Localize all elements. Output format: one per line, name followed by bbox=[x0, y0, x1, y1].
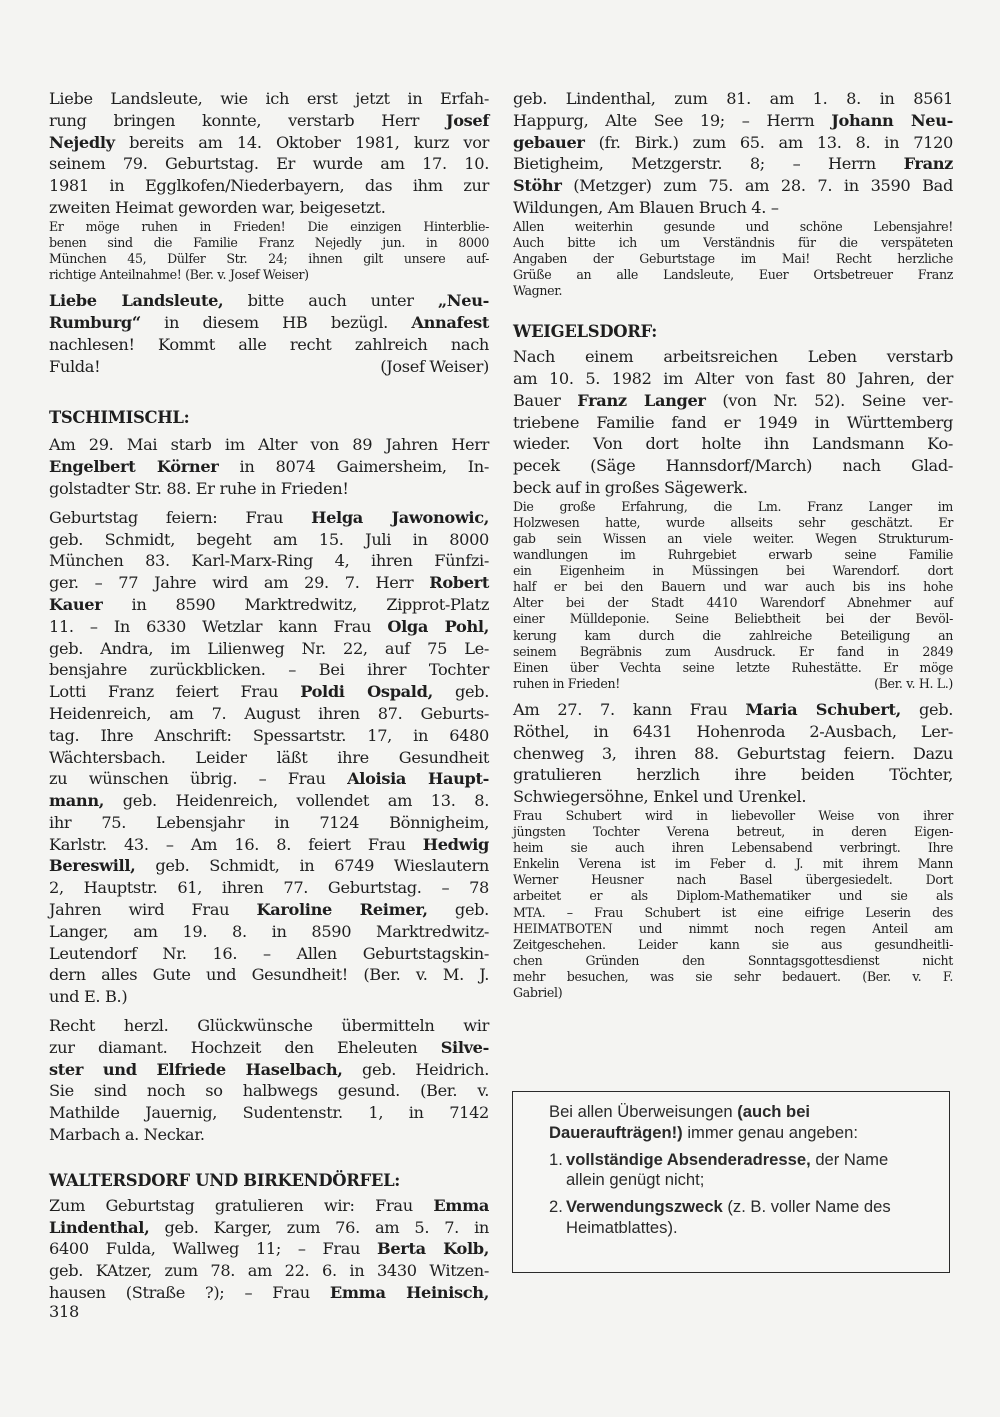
annafest-signature: (Josef Weiser) bbox=[380, 356, 489, 378]
text-line: Am 27. 7. kann Frau Maria Schubert, geb. bbox=[513, 699, 953, 721]
text-line: Werner Heusner nach Basel übergesiedelt.… bbox=[513, 872, 953, 888]
text-line: Bereswill, geb. Schmidt, in 6749 Wieslau… bbox=[49, 855, 489, 877]
text-line: pecek (Säge Hannsdorf/March) nach Glad- bbox=[513, 455, 953, 477]
notice-item-2: 2. Verwendungszweck (z. B. voller Name d… bbox=[549, 1197, 929, 1239]
text-line: Leutendorf Nr. 16. – Allen Geburtstagski… bbox=[49, 943, 489, 965]
text-line: ger. – 77 Jahre wird am 29. 7. Herr Robe… bbox=[49, 572, 489, 594]
text-line: Grüße an alle Landsleute, Euer Ortsbetre… bbox=[513, 267, 953, 283]
text-line: Zeitgeschehen. Leider kann sie aus gesun… bbox=[513, 937, 953, 953]
text-line: und E. B.) bbox=[49, 986, 489, 1008]
text-line: kerung kam durch die zahlreiche Beteilig… bbox=[513, 628, 953, 644]
text-line: Jahren wird Frau Karoline Reimer, geb. bbox=[49, 899, 489, 921]
text-line: Bietigheim, Metzgerstr. 8; – Herrn Franz bbox=[513, 153, 953, 175]
text-line: 1981 in Egglkofen/Niederbayern, das ihm … bbox=[49, 175, 489, 197]
tschimischl-death-paragraph: Am 29. Mai starb im Alter von 89 Jahren … bbox=[49, 434, 489, 499]
text-line: mehr besuchen, was sie sehr bedauert. (B… bbox=[513, 969, 953, 985]
bank-transfer-notice-box: Bei allen Überweisungen (auch bei Dauera… bbox=[512, 1091, 950, 1273]
intro-paragraph: Liebe Landsleute, wie ich erst jetzt in … bbox=[49, 88, 489, 219]
section-heading-waltersdorf: WALTERSDORF UND BIRKENDÖRFEL: bbox=[49, 1170, 489, 1192]
text-line: geb. Lindenthal, zum 81. am 1. 8. in 856… bbox=[513, 88, 953, 110]
text-line: richtige Anteilnahme! (Ber. v. Josef Wei… bbox=[49, 267, 489, 283]
text-line: wieder. Von dort holte ihn Landsmann Ko- bbox=[513, 433, 953, 455]
text-line: Engelbert Körner in 8074 Gaimersheim, In… bbox=[49, 456, 489, 478]
annafest-paragraph: Liebe Landsleute, bitte auch unter „Neu-… bbox=[49, 290, 489, 355]
text-line: zur diamant. Hochzeit den Eheleuten Silv… bbox=[49, 1037, 489, 1059]
intro-small-paragraph: Er möge ruhen in Frieden! Die einzigen H… bbox=[49, 219, 489, 283]
text-line: Enkelin Verena ist im Feber d. J. mit ih… bbox=[513, 856, 953, 872]
text-line: mann, geb. Heidenreich, vollendet am 13.… bbox=[49, 790, 489, 812]
text-line: gratulieren herzlich ihre beiden Töchter… bbox=[513, 764, 953, 786]
text-line: Recht herzl. Glückwünsche übermitteln wi… bbox=[49, 1015, 489, 1037]
text-line: Frau Schubert wird in liebevoller Weise … bbox=[513, 808, 953, 824]
text-line: Röthel, in 6431 Hohenroda 2-Ausbach, Ler… bbox=[513, 721, 953, 743]
text-line: geb. KAtzer, zum 78. am 22. 6. in 3430 W… bbox=[49, 1260, 489, 1282]
right-column: geb. Lindenthal, zum 81. am 1. 8. in 856… bbox=[513, 88, 953, 1001]
text-line: Rumburg“ in diesem HB bezügl. Annafest bbox=[49, 312, 489, 334]
text-line: wandlungen im Ruhrgebiet erwarb seine Fa… bbox=[513, 547, 953, 563]
text-line: Kauer in 8590 Marktredwitz, Zipprot-Plat… bbox=[49, 594, 489, 616]
text-line: Auch bitte ich um Verständnis für die ve… bbox=[513, 235, 953, 251]
text-line: arbeitet er als Diplom-Mathematiker und … bbox=[513, 888, 953, 904]
weigelsdorf-last-line: ruhen in Frieden! bbox=[513, 676, 620, 692]
text-line: bensjahre zurückblicken. – Bei ihrer Toc… bbox=[49, 659, 489, 681]
annafest-signoff: Fulda! (Josef Weiser) bbox=[49, 356, 489, 378]
text-line: einer Mülldeponie. Seine Beliebtheit bei… bbox=[513, 611, 953, 627]
tschimischl-birthday-paragraph: Geburtstag feiern: Frau Helga Jawonowic,… bbox=[49, 507, 489, 1008]
text-line: Angaben der Geburtstage im Mai! Recht he… bbox=[513, 251, 953, 267]
text-line: HEIMATBOTEN und nimmt noch regen Anteil … bbox=[513, 921, 953, 937]
notice-intro: Bei allen Überweisungen (auch bei Dauera… bbox=[549, 1102, 929, 1144]
text-line: Gabriel) bbox=[513, 985, 953, 1001]
text-line: rung bringen konnte, verstarb Herr Josef bbox=[49, 110, 489, 132]
text-line: geb. Schmidt, begeht am 15. Juli in 8000 bbox=[49, 529, 489, 551]
text-line: chenweg 3, ihren 88. Geburtstag feiern. … bbox=[513, 743, 953, 765]
section-heading-weigelsdorf: WEIGELSDORF: bbox=[513, 321, 953, 343]
text-line: Allen weiterhin gesunde und schöne Leben… bbox=[513, 219, 953, 235]
text-line: Holzwesen hatte, wurde allseits sehr ges… bbox=[513, 515, 953, 531]
weigelsdorf-signoff: ruhen in Frieden! (Ber. v. H. L.) bbox=[513, 676, 953, 692]
text-line: beck auf in großes Sägewerk. bbox=[513, 477, 953, 499]
text-line: Schwiegersöhne, Enkel und Urenkel. bbox=[513, 786, 953, 808]
notice-item-1: 1. vollständige Absenderadresse, der Nam… bbox=[549, 1150, 929, 1192]
text-line: benen sind die Familie Franz Nejedly jun… bbox=[49, 235, 489, 251]
text-line: jüngsten Tochter Verena betreut, in dere… bbox=[513, 824, 953, 840]
text-line: 11. – In 6330 Wetzlar kann Frau Olga Poh… bbox=[49, 616, 489, 638]
text-line: ihr 75. Lebensjahr in 7124 Bönnigheim, bbox=[49, 812, 489, 834]
left-column: Liebe Landsleute, wie ich erst jetzt in … bbox=[49, 88, 489, 1304]
text-line: Nejedly bereits am 14. Oktober 1981, kur… bbox=[49, 132, 489, 154]
text-line: gebauer (fr. Birk.) zum 65. am 13. 8. in… bbox=[513, 132, 953, 154]
text-line: triebene Familie fand er 1949 in Württem… bbox=[513, 412, 953, 434]
text-line: ster und Elfriede Haselbach, geb. Heidri… bbox=[49, 1059, 489, 1081]
text-line: Alter bei der Stadt 4410 Warendorf Abneh… bbox=[513, 595, 953, 611]
text-line: zu wünschen übrig. – Frau Aloisia Haupt- bbox=[49, 768, 489, 790]
weigelsdorf-signature: (Ber. v. H. L.) bbox=[874, 676, 953, 692]
text-line: Sie sind noch so halbwegs gesund. (Ber. … bbox=[49, 1080, 489, 1102]
text-line: am 10. 5. 1982 im Alter von fast 80 Jahr… bbox=[513, 368, 953, 390]
text-line: seinem 79. Geburtstag. Er wurde am 17. 1… bbox=[49, 153, 489, 175]
text-line: München 83. Karl-Marx-Ring 4, ihren Fünf… bbox=[49, 550, 489, 572]
text-line: Karlstr. 43. – Am 16. 8. feiert Frau Hed… bbox=[49, 834, 489, 856]
text-line: dern alles Gute und Gesundheit! (Ber. v.… bbox=[49, 964, 489, 986]
text-line: Wagner. bbox=[513, 283, 953, 299]
text-line: Langer, am 19. 8. in 8590 Marktredwitz- bbox=[49, 921, 489, 943]
text-line: München 45, Dülfer Str. 24; ihnen gilt u… bbox=[49, 251, 489, 267]
text-line: Er möge ruhen in Frieden! Die einzigen H… bbox=[49, 219, 489, 235]
tschimischl-wedding-paragraph: Recht herzl. Glückwünsche übermitteln wi… bbox=[49, 1015, 489, 1146]
text-line: Die große Erfahrung, die Lm. Franz Lange… bbox=[513, 499, 953, 515]
text-line: Wildungen, Am Blauen Bruch 4. – bbox=[513, 197, 953, 219]
text-line: Marbach a. Neckar. bbox=[49, 1124, 489, 1146]
page-number: 318 bbox=[49, 1302, 79, 1321]
text-line: Heidenreich, am 7. August ihren 87. Gebu… bbox=[49, 703, 489, 725]
text-line: Liebe Landsleute, bitte auch unter „Neu- bbox=[49, 290, 489, 312]
text-line: gab sein Wissen an viele weiter. Wegen S… bbox=[513, 531, 953, 547]
text-line: seinem Begräbnis zum Ausdruck. Er fand i… bbox=[513, 644, 953, 660]
text-line: chen Gründen den Sonntagsgottesdienst ni… bbox=[513, 953, 953, 969]
waltersdorf-paragraph: Zum Geburtstag gratulieren wir: Frau Emm… bbox=[49, 1195, 489, 1304]
waltersdorf-small-paragraph: Allen weiterhin gesunde und schöne Leben… bbox=[513, 219, 953, 299]
annafest-last-line: Fulda! bbox=[49, 356, 100, 378]
text-line: Nach einem arbeitsreichen Leben verstarb bbox=[513, 346, 953, 368]
text-line: Zum Geburtstag gratulieren wir: Frau Emm… bbox=[49, 1195, 489, 1217]
text-line: heim sie auch ihren Lebensabend verbring… bbox=[513, 840, 953, 856]
schubert-paragraph: Am 27. 7. kann Frau Maria Schubert, geb.… bbox=[513, 699, 953, 808]
text-line: Einen über Vechta seine letzte Ruhestätt… bbox=[513, 660, 953, 676]
text-line: hausen (Straße ?); – Frau Emma Heinisch, bbox=[49, 1282, 489, 1304]
text-line: Lotti Franz feiert Frau Poldi Ospald, ge… bbox=[49, 681, 489, 703]
text-line: half er bei den Bauern und war auch bis … bbox=[513, 579, 953, 595]
text-line: nachlesen! Kommt alle recht zahlreich na… bbox=[49, 334, 489, 356]
text-line: Lindenthal, geb. Karger, zum 76. am 5. 7… bbox=[49, 1217, 489, 1239]
section-heading-tschimischl: TSCHIMISCHL: bbox=[49, 407, 489, 429]
text-line: zweiten Heimat geworden war, beigesetzt. bbox=[49, 197, 489, 219]
text-line: geb. Andra, im Lilienweg Nr. 22, auf 75 … bbox=[49, 638, 489, 660]
text-line: golstadter Str. 88. Er ruhe in Frieden! bbox=[49, 478, 489, 500]
schubert-small-paragraph: Frau Schubert wird in liebevoller Weise … bbox=[513, 808, 953, 1001]
text-line: 2, Hauptstr. 61, ihren 77. Geburtstag. –… bbox=[49, 877, 489, 899]
text-line: Am 29. Mai starb im Alter von 89 Jahren … bbox=[49, 434, 489, 456]
weigelsdorf-small-paragraph: Die große Erfahrung, die Lm. Franz Lange… bbox=[513, 499, 953, 676]
text-line: Geburtstag feiern: Frau Helga Jawonowic, bbox=[49, 507, 489, 529]
text-line: Stöhr (Metzger) zum 75. am 28. 7. in 359… bbox=[513, 175, 953, 197]
text-line: Bauer Franz Langer (von Nr. 52). Seine v… bbox=[513, 390, 953, 412]
text-line: Mathilde Jauernig, Sudentenstr. 1, in 71… bbox=[49, 1102, 489, 1124]
text-line: Wächtersbach. Leider läßt ihre Gesundhei… bbox=[49, 747, 489, 769]
text-line: Liebe Landsleute, wie ich erst jetzt in … bbox=[49, 88, 489, 110]
weigelsdorf-paragraph: Nach einem arbeitsreichen Leben verstarb… bbox=[513, 346, 953, 499]
text-line: tag. Ihre Anschrift: Spessartstr. 17, in… bbox=[49, 725, 489, 747]
waltersdorf-continued-paragraph: geb. Lindenthal, zum 81. am 1. 8. in 856… bbox=[513, 88, 953, 219]
text-line: MTA. – Frau Schubert ist eine eifrige Le… bbox=[513, 905, 953, 921]
text-line: ein Eigenheim in Müssingen bei Warendorf… bbox=[513, 563, 953, 579]
text-line: 6400 Fulda, Wallweg 11; – Frau Berta Kol… bbox=[49, 1238, 489, 1260]
text-line: Happurg, Alte See 19; – Herrn Johann Neu… bbox=[513, 110, 953, 132]
